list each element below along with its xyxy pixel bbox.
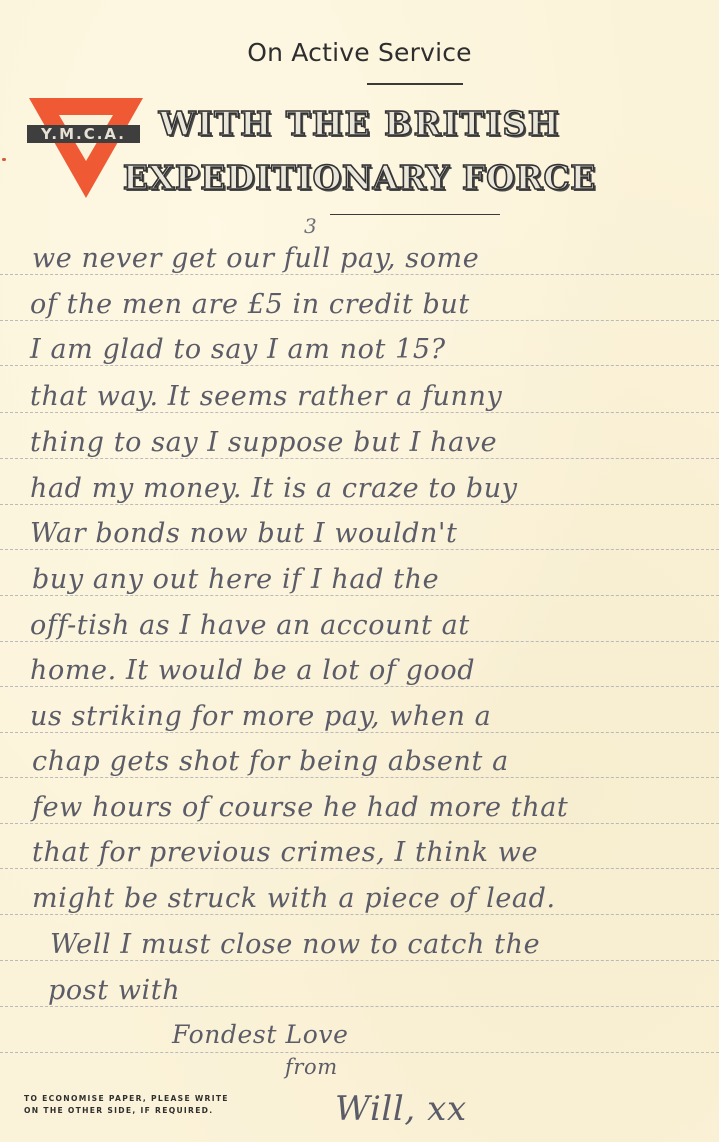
letter-line: home. It would be a lot of good bbox=[30, 655, 475, 686]
ruled-line bbox=[0, 732, 719, 733]
letter-line: post with bbox=[48, 975, 180, 1006]
headline-line-2: EXPEDITIONARY FORCE bbox=[0, 158, 719, 197]
header-divider bbox=[367, 83, 463, 85]
header-title: On Active Service bbox=[0, 38, 719, 67]
signature: Will, xx bbox=[335, 1089, 467, 1129]
ruled-line bbox=[0, 1052, 719, 1053]
letter-line: we never get our full pay, some bbox=[32, 243, 479, 274]
letter-line: buy any out here if I had the bbox=[32, 564, 439, 595]
footer-note-line-1: TO ECONOMISE PAPER, PLEASE WRITE bbox=[24, 1093, 284, 1105]
ruled-line bbox=[0, 274, 719, 275]
header-divider-lower bbox=[330, 214, 500, 215]
ruled-line bbox=[0, 641, 719, 642]
page-number: 3 bbox=[304, 214, 317, 238]
letter-line: chap gets shot for being absent a bbox=[32, 746, 509, 777]
ruled-line bbox=[0, 365, 719, 366]
letter-line: of the men are £5 in credit but bbox=[30, 289, 470, 320]
ruled-line bbox=[0, 686, 719, 687]
headline-line-1: WITH THE BRITISH bbox=[0, 104, 719, 143]
letter-line: few hours of course he had more that bbox=[32, 792, 568, 823]
letter-line: Well I must close now to catch the bbox=[50, 929, 540, 960]
letter-sheet: On Active Service Y.M.C.A. WITH THE BRIT… bbox=[0, 0, 719, 1142]
ruled-line bbox=[0, 458, 719, 459]
letter-line: us striking for more pay, when a bbox=[30, 701, 491, 732]
ruled-line bbox=[0, 504, 719, 505]
letter-line: I am glad to say I am not 15? bbox=[30, 334, 446, 365]
letter-line: thing to say I suppose but I have bbox=[30, 427, 497, 458]
letter-closing: Fondest Love bbox=[172, 1020, 349, 1049]
ruled-line bbox=[0, 412, 719, 413]
ruled-line bbox=[0, 823, 719, 824]
letter-line: War bonds now but I wouldn't bbox=[30, 518, 457, 549]
footer-note: TO ECONOMISE PAPER, PLEASE WRITE ON THE … bbox=[24, 1093, 284, 1117]
ruled-line bbox=[0, 549, 719, 550]
ruled-line bbox=[0, 960, 719, 961]
ruled-line bbox=[0, 777, 719, 778]
letter-line: off-tish as I have an account at bbox=[30, 610, 470, 641]
ruled-line bbox=[0, 868, 719, 869]
ruled-line bbox=[0, 1006, 719, 1007]
ruled-line bbox=[0, 320, 719, 321]
letter-from: from bbox=[285, 1055, 338, 1079]
letter-line: that for previous crimes, I think we bbox=[32, 837, 538, 868]
ruled-line bbox=[0, 914, 719, 915]
letter-line: might be struck with a piece of lead. bbox=[32, 883, 556, 914]
ruled-line bbox=[0, 595, 719, 596]
footer-note-line-2: ON THE OTHER SIDE, IF REQUIRED. bbox=[24, 1105, 284, 1117]
letter-line: had my money. It is a craze to buy bbox=[30, 473, 518, 504]
letter-line: that way. It seems rather a funny bbox=[30, 381, 502, 412]
